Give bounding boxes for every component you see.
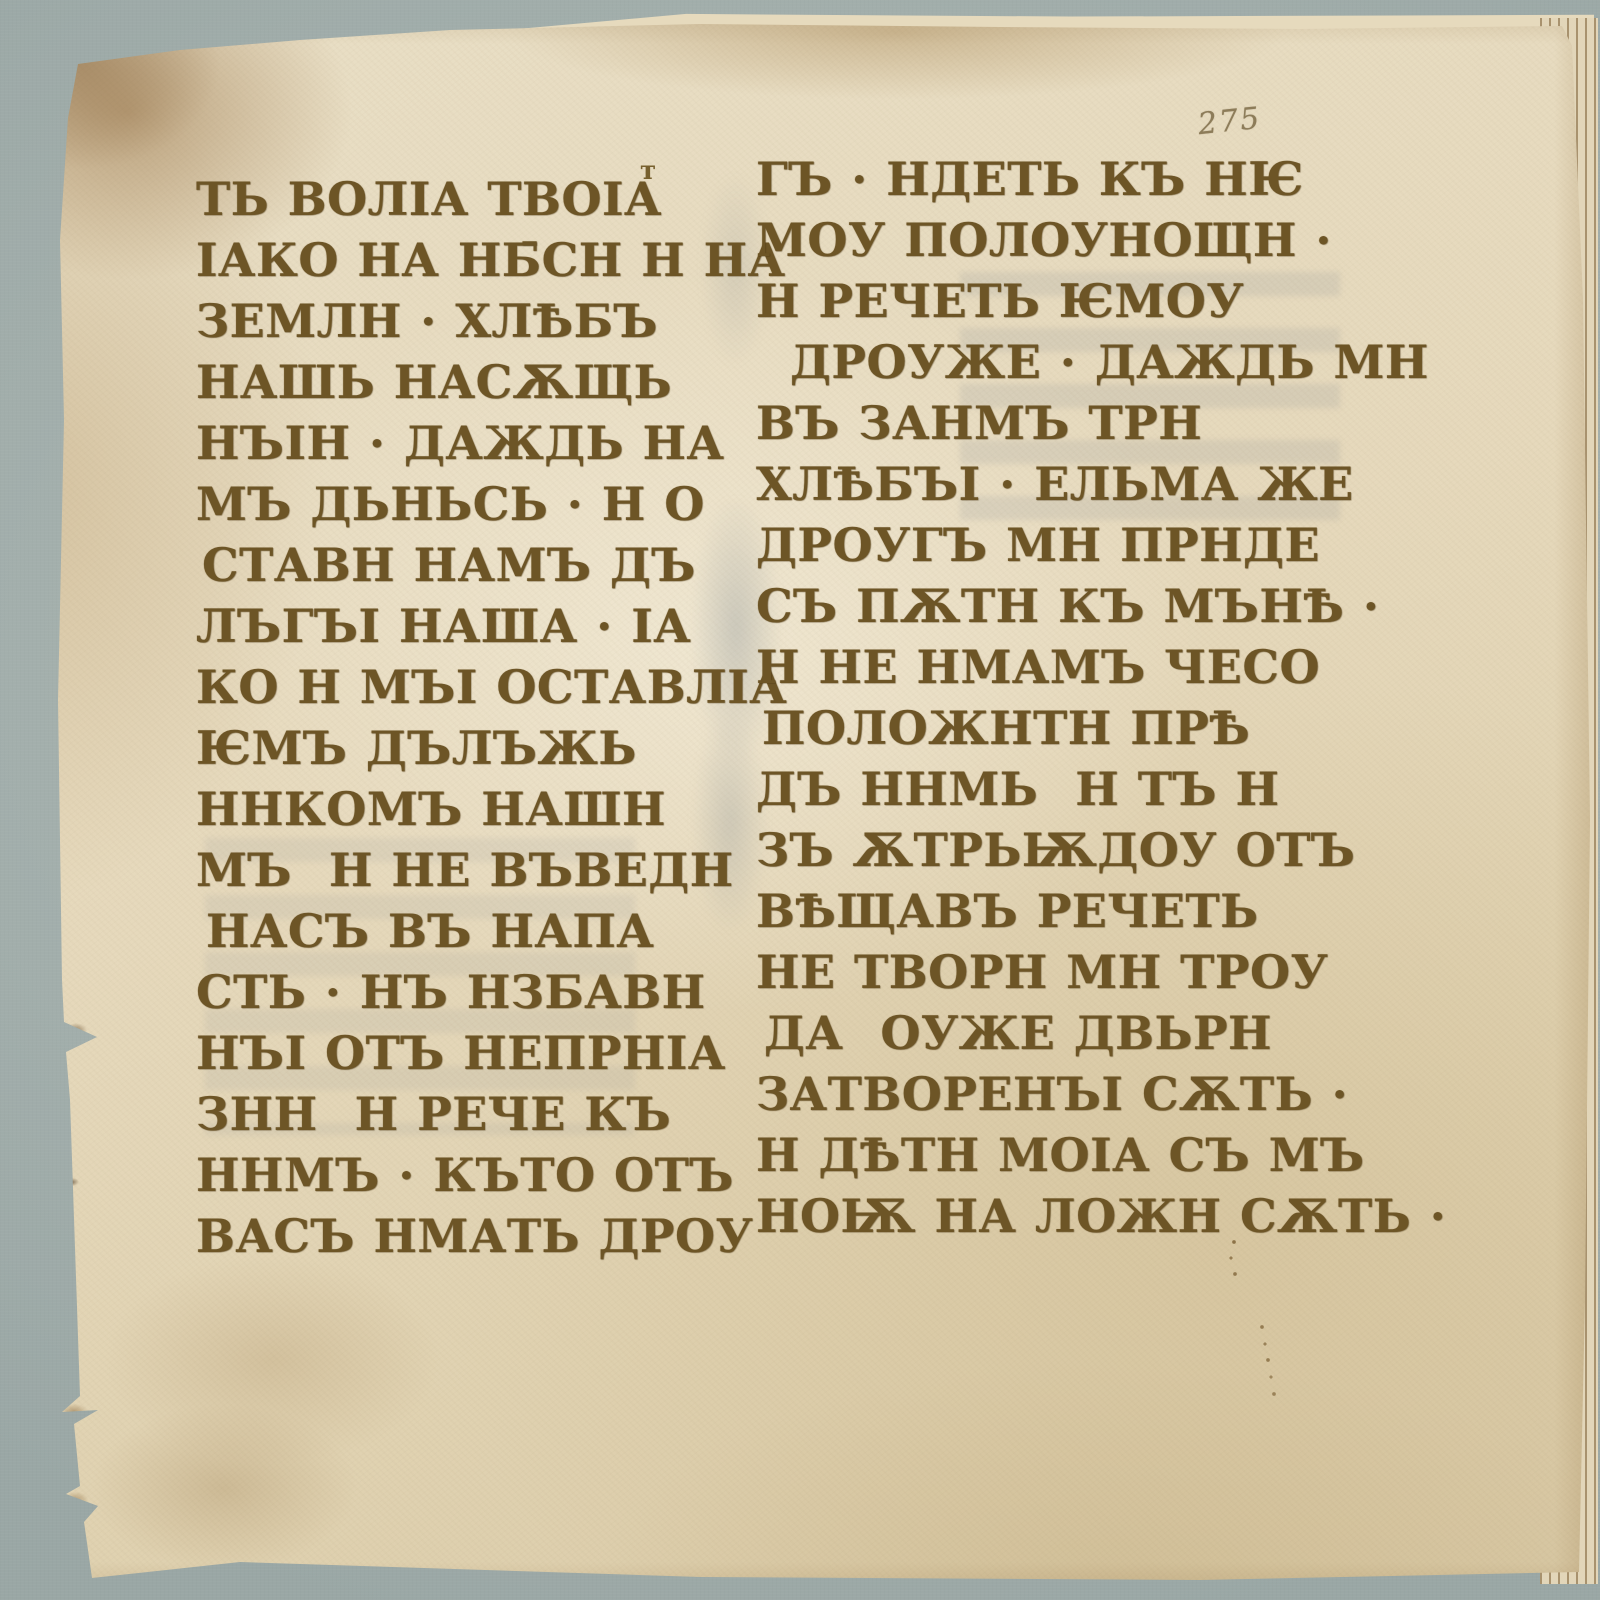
text-line: Н ДѢТН МОІА СЪ МЪ <box>756 1128 1356 1189</box>
text-line: Н РЕЧЕТЬ ѤМОУ <box>756 274 1356 335</box>
folio-number: 275 <box>1196 101 1263 142</box>
superscript-letter: т <box>640 156 656 186</box>
text-line: ПОЛОЖНТН ПРѢ <box>762 701 1356 762</box>
text-line: ВЪ ЗАНМЪ ТРН <box>756 396 1356 457</box>
text-line: ЗНН Н РЕЧЕ КЪ <box>196 1087 736 1148</box>
text-line: НЪІН · ДАЖДЬ НА <box>196 416 736 477</box>
text-line: НЕ ТВОРН МН ТРОУ <box>756 945 1356 1006</box>
fore-edge-marks <box>46 960 106 1580</box>
text-line: ЗЕМЛН · ХЛѢБЪ <box>196 294 736 355</box>
text-line: ЛЪГЪІ НАША · ІА <box>196 599 736 660</box>
text-line: СЪ ПѪТН КЪ МЪНѢ · <box>756 579 1356 640</box>
text-line: ДРОУЖЕ · ДАЖДЬ МН <box>790 335 1356 396</box>
text-line: ВѢЩАВЪ РЕЧЕТЬ <box>756 884 1356 945</box>
parchment-leaf: 275 ТЬ ВОЛІА ТВОІАІАКО НА НБ̄СН Н НАЗЕМЛ… <box>0 0 1600 1600</box>
text-line: ІАКО НА НБ̄СН Н НА <box>196 233 736 294</box>
text-line: Н НЕ НМАМЪ ЧЕСО <box>756 640 1356 701</box>
text-line: СТАВН НАМЪ ДЪ <box>202 538 736 599</box>
text-line: ХЛѢБЪІ · ЕЛЬМА ЖЕ <box>756 457 1356 518</box>
text-line: ННМЪ · КЪТО ОТЪ <box>196 1148 736 1209</box>
text-line: ѤМЪ ДЪЛЪЖЬ <box>196 721 736 782</box>
text-line: ЗАТВОРЕНЪІ СѪТЬ · <box>756 1067 1356 1128</box>
text-line: МОУ ПОЛОУНОЩН · <box>756 213 1356 274</box>
text-line: МЪ ДЬНЬСЬ · Н О <box>196 477 736 538</box>
text-line: ДРОУГЪ МН ПРНДЕ <box>756 518 1356 579</box>
text-line: НАШЬ НАСѪЩЬ <box>196 355 736 416</box>
text-line: ЗЪ ѪТРЬѬДОУ ОТЪ <box>756 823 1356 884</box>
text-line: НОѬ НА ЛОЖН СѪТЬ · <box>756 1189 1356 1250</box>
right-text-column: ГЪ · НДЕТЬ КЪ НѤМОУ ПОЛОУНОЩН ·Н РЕЧЕТЬ … <box>756 152 1356 1250</box>
text-line: МЪ Н НЕ ВЪВЕДН <box>196 843 736 904</box>
text-line: НАСЪ ВЪ НАПА <box>206 904 736 965</box>
text-line: НЪІ ОТЪ НЕПРНІА <box>196 1026 736 1087</box>
text-line: СТЬ · НЪ НЗБАВН <box>196 965 736 1026</box>
text-line: ГЪ · НДЕТЬ КЪ НѤ <box>756 152 1356 213</box>
text-line: ННКОМЪ НАШН <box>196 782 736 843</box>
text-line: ВАСЪ НМАТЬ ДРОУ <box>196 1209 736 1270</box>
text-line: КО Н МЪІ ОСТАВЛІА <box>196 660 736 721</box>
left-text-column: ТЬ ВОЛІА ТВОІАІАКО НА НБ̄СН Н НАЗЕМЛН · … <box>196 172 736 1270</box>
text-line: ДЪ ННМЬ Н ТЪ Н <box>756 762 1356 823</box>
ink-specks <box>1222 1232 1292 1422</box>
text-line: ДА ОУЖЕ ДВЬРН <box>764 1006 1356 1067</box>
manuscript-scan: 275 ТЬ ВОЛІА ТВОІАІАКО НА НБ̄СН Н НАЗЕМЛ… <box>0 0 1600 1600</box>
